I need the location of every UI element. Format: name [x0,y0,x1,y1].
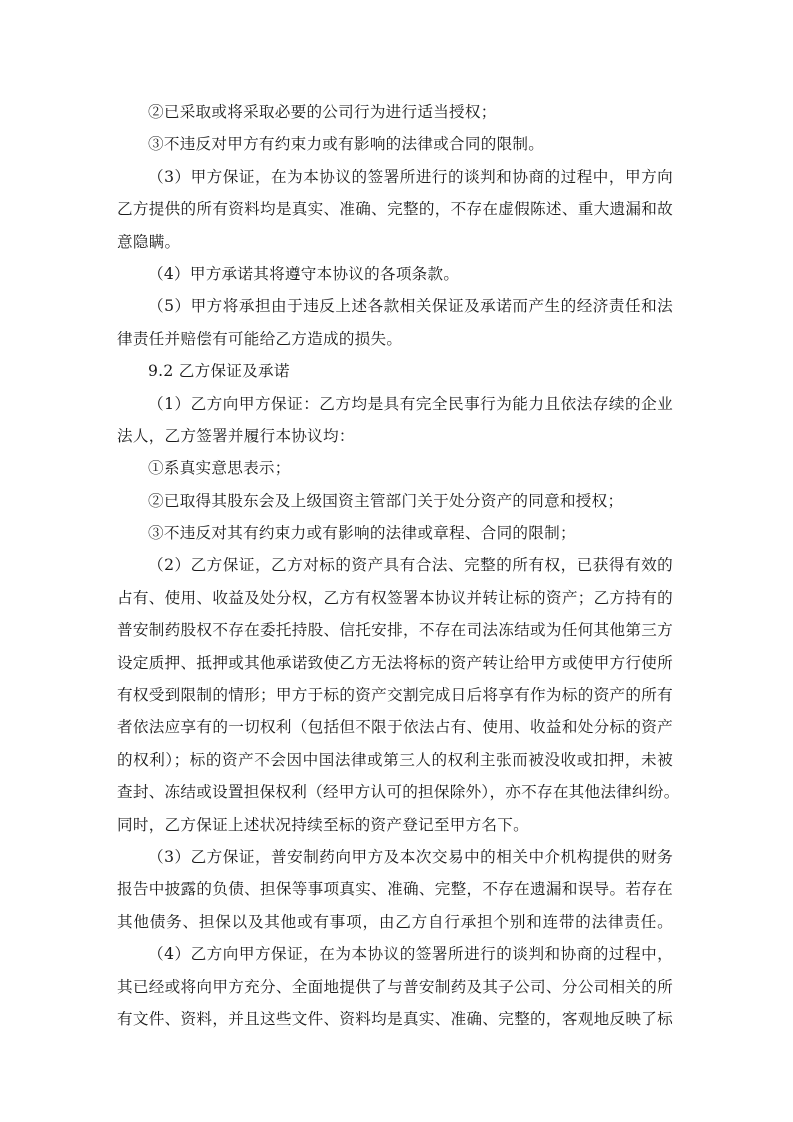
text-line: （2）乙方保证，乙方对标的资产具有合法、完整的所有权，已获得有效的 [117,549,673,581]
text-line: 有文件、资料，并且这些文件、资料均是真实、准确、完整的，客观地反映了标 [117,1003,673,1035]
text-line: 律责任并赔偿有可能给乙方造成的损失。 [117,323,673,355]
text-line: ②已采取或将采取必要的公司行为进行适当授权； [117,96,673,128]
text-line: 乙方提供的所有资料均是真实、准确、完整的，不存在虚假陈述、重大遗漏和故 [117,193,673,225]
text-line: 普安制药股权不存在委托持股、信托安排，不存在司法冻结或为任何其他第三方 [117,614,673,646]
text-line: 同时，乙方保证上述状况持续至标的资产登记至甲方名下。 [117,809,673,841]
text-line: （5）甲方将承担由于违反上述各款相关保证及承诺而产生的经济责任和法 [117,290,673,322]
text-line: 设定质押、抵押或其他承诺致使乙方无法将标的资产转让给甲方或使甲方行使所 [117,647,673,679]
document-page: ②已采取或将采取必要的公司行为进行适当授权；③不违反对甲方有约束力或有影响的法律… [117,96,673,1035]
text-line: 占有、使用、收益及处分权，乙方有权签署本协议并转让标的资产；乙方持有的 [117,582,673,614]
text-line: 查封、冻结或设置担保权利（经甲方认可的担保除外），亦不存在其他法律纠纷。 [117,776,673,808]
text-line: 9.2 乙方保证及承诺 [117,355,673,387]
text-line: ③不违反对甲方有约束力或有影响的法律或合同的限制。 [117,128,673,160]
text-line: ②已取得其股东会及上级国资主管部门关于处分资产的同意和授权； [117,485,673,517]
text-line: ①系真实意思表示； [117,452,673,484]
text-line: 意隐瞒。 [117,226,673,258]
text-line: （4）乙方向甲方保证，在为本协议的签署所进行的谈判和协商的过程中， [117,938,673,970]
text-line: 有权受到限制的情形；甲方于标的资产交割完成日后将享有作为标的资产的所有 [117,679,673,711]
text-line: 其已经或将向甲方充分、全面地提供了与普安制药及其子公司、分公司相关的所 [117,971,673,1003]
text-line: 报告中披露的负债、担保等事项真实、准确、完整，不存在遗漏和误导。若存在 [117,873,673,905]
text-line: ③不违反对其有约束力或有影响的法律或章程、合同的限制； [117,517,673,549]
text-line: （3）甲方保证，在为本协议的签署所进行的谈判和协商的过程中，甲方向 [117,161,673,193]
text-line: 其他债务、担保以及其他或有事项，由乙方自行承担个别和连带的法律责任。 [117,906,673,938]
text-line: 法人，乙方签署并履行本协议均： [117,420,673,452]
text-line: （1）乙方向甲方保证：乙方均是具有完全民事行为能力且依法存续的企业 [117,388,673,420]
text-line: （3）乙方保证，普安制药向甲方及本次交易中的相关中介机构提供的财务 [117,841,673,873]
text-line: 的权利）；标的资产不会因中国法律或第三人的权利主张而被没收或扣押，未被 [117,744,673,776]
text-line: （4）甲方承诺其将遵守本协议的各项条款。 [117,258,673,290]
text-line: 者依法应享有的一切权利（包括但不限于依法占有、使用、收益和处分标的资产 [117,711,673,743]
